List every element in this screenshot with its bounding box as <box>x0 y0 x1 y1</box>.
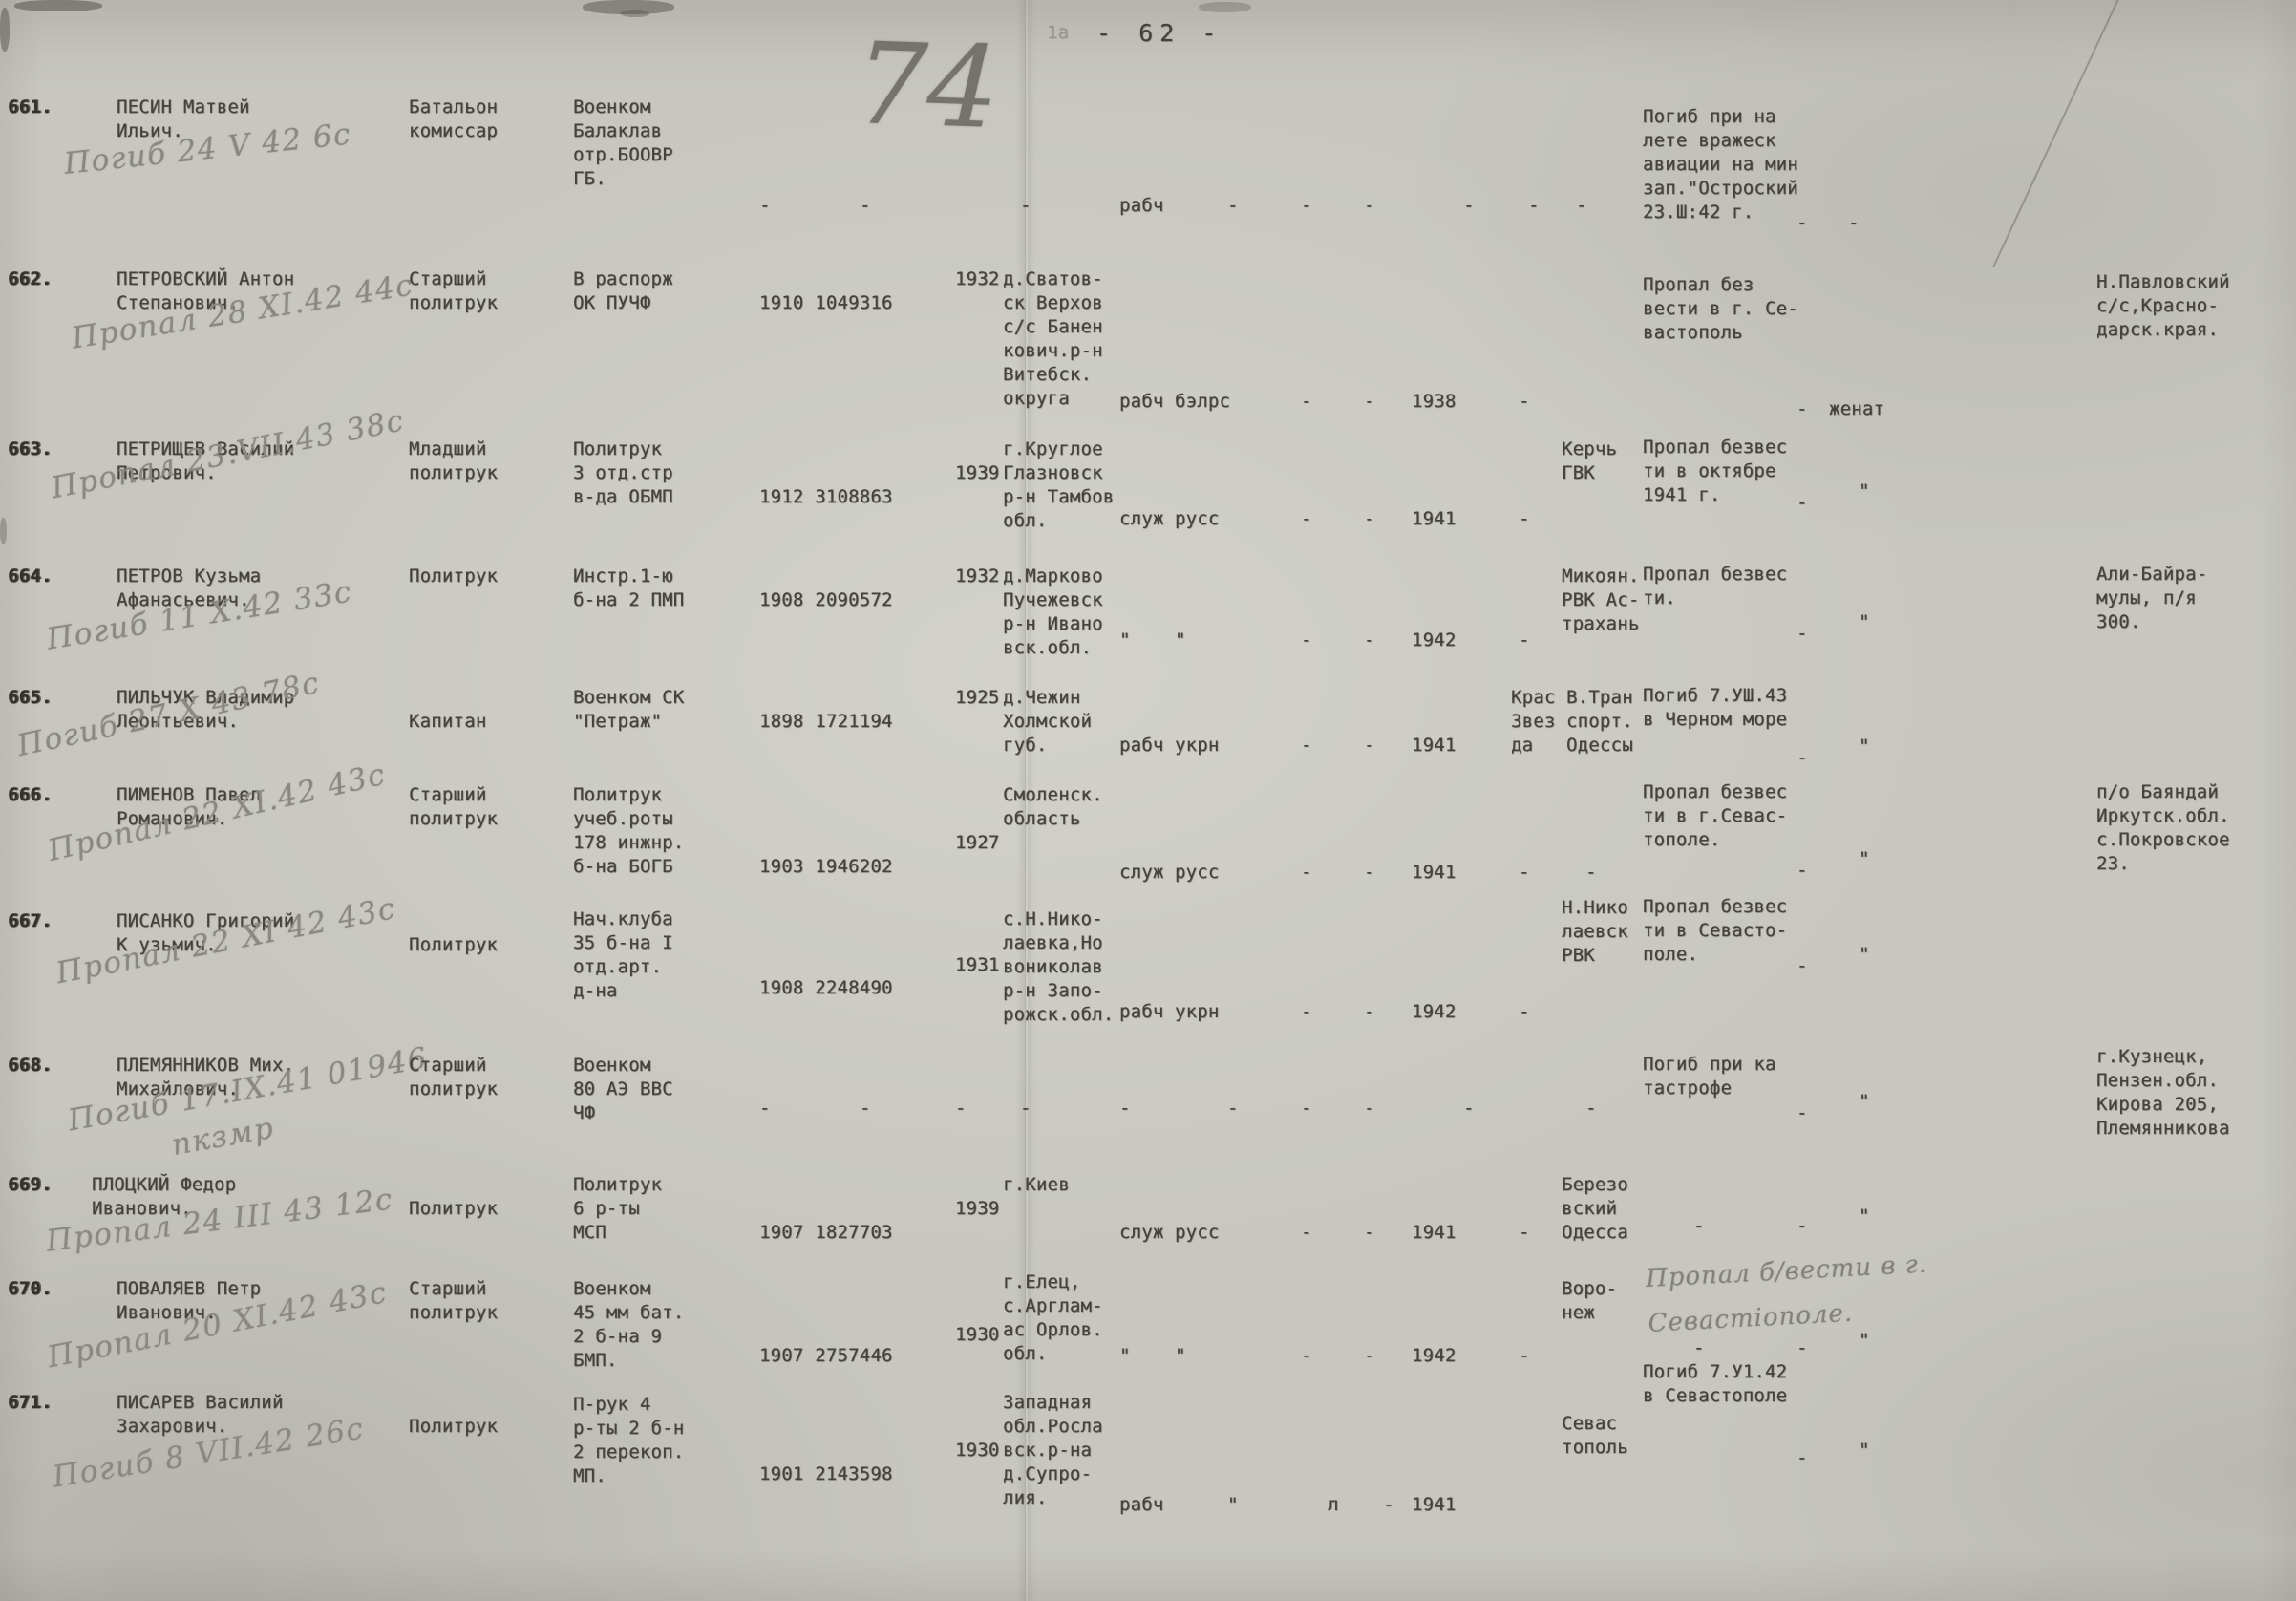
military-office-cell: Н.Нико лаевск РВК <box>1562 896 1628 968</box>
service-line-cell: - <box>1119 1097 1131 1121</box>
birthplace-cell: Смоленск. область <box>1003 783 1103 831</box>
birth-id-cell: 1907 1827703 <box>759 1221 893 1245</box>
service-line-cell: - <box>1364 734 1375 758</box>
fate-cell: Пропал безвес ти. <box>1643 563 1787 610</box>
tail-mark: - <box>1796 954 1808 978</box>
military-office-cell: В.Тран спорт. Одессы <box>1566 686 1633 758</box>
position-cell: Военком СК "Петраж" <box>573 686 684 734</box>
tail-mark: - <box>1796 622 1808 646</box>
service-line-cell: - <box>1463 1097 1475 1121</box>
birth-id-cell: 1901 2143598 <box>759 1462 893 1486</box>
service-line-cell: служ <box>1119 507 1164 531</box>
service-line-cell: - <box>1301 507 1312 531</box>
page-number-pencil: 74 <box>854 27 1001 144</box>
service-line-cell: - <box>1528 194 1540 218</box>
service-line-cell: 1941 <box>1412 1493 1456 1517</box>
position-cell: Инстр.1-ю б-на 2 ПМП <box>573 565 684 612</box>
service-line-cell: " <box>1227 1493 1239 1517</box>
service-line-cell: рабч <box>1119 390 1164 414</box>
fate-cell: Погиб 7.УШ.43 в Черном море <box>1643 684 1787 732</box>
rank-cell: Батальон комиссар <box>409 96 498 143</box>
service-line-cell: бэлрс <box>1175 390 1230 414</box>
row-number: 664. <box>8 565 53 588</box>
enlist-year-cell: 1939 <box>955 1197 1000 1221</box>
service-line-cell: - <box>1301 1344 1312 1368</box>
birthplace-cell: г.Круглое Глазновск р-н Тамбов обл. <box>1003 438 1114 533</box>
service-line-cell: - <box>1519 1221 1530 1245</box>
service-line-cell: - <box>1364 861 1375 885</box>
scan-smudge <box>0 8 10 52</box>
service-line-cell: - <box>1519 1000 1530 1024</box>
rank-cell: Старший политрук <box>409 1054 498 1101</box>
address-cell: г.Кузнецк, Пензен.обл. Кирова 205, Племя… <box>2096 1045 2230 1141</box>
service-line-cell: рабч <box>1119 1000 1164 1024</box>
service-line-cell: служ <box>1119 861 1164 885</box>
fate-cell: Пропал безвес ти в октябре 1941 г. <box>1643 436 1787 507</box>
rank-cell: Политрук <box>409 1197 498 1221</box>
tail-mark: - <box>1796 859 1808 883</box>
tail-mark: - <box>1796 397 1808 421</box>
tail-mark: " <box>1859 480 1870 503</box>
rank-cell: Младший политрук <box>409 438 498 485</box>
tail-mark: - <box>1693 1336 1705 1360</box>
birthplace-cell: д.Марково Пучежевск р-н Ивано вск.обл. <box>1003 565 1103 660</box>
birthplace-cell: с.Н.Нико- лаевка,Но вониколав р-н Запо- … <box>1003 907 1114 1027</box>
birth-id-cell: 1908 2248490 <box>759 976 893 1000</box>
birthplace-cell: г.Елец, с.Арглам- ас Орлов. обл. <box>1003 1270 1103 1366</box>
birthplace-cell: Западная обл.Росла вск.р-на д.Супро- лия… <box>1003 1391 1103 1510</box>
handwritten-note: Пропал 22 XI 42 43с <box>53 887 399 994</box>
paper-crease <box>1992 0 2129 267</box>
page-number-faint-mark: 1а <box>1047 21 1069 45</box>
military-office-cell: Севас тополь <box>1562 1412 1628 1460</box>
service-line-cell: - <box>1364 194 1375 218</box>
birth-id-cell: 1908 2090572 <box>759 588 893 612</box>
handwritten-note: Пропал 23.VII.43 38с <box>48 399 408 509</box>
tail-mark: - <box>1796 491 1808 515</box>
fate-cell: Погиб при на лете вражеск авиации на мин… <box>1643 105 1798 224</box>
tail-mark: " <box>1859 1439 1870 1462</box>
service-line-cell: - <box>1519 1344 1530 1368</box>
tail-mark: " <box>1859 1090 1870 1114</box>
tail-mark: - <box>1796 211 1808 235</box>
fate-typed-cell: Погиб 7.У1.42 в Севастополе <box>1643 1360 1787 1408</box>
rank-cell: Старший политрук <box>409 267 498 315</box>
position-cell: В распорж ОК ПУЧФ <box>573 267 673 315</box>
service-line-cell: - <box>1364 1097 1375 1121</box>
service-line-cell: - <box>1020 1097 1031 1121</box>
service-line-cell: 1942 <box>1412 629 1456 652</box>
service-line-cell: рабч <box>1119 194 1164 218</box>
service-line-cell: 1941 <box>1412 734 1456 758</box>
service-line-cell: укрн <box>1175 734 1220 758</box>
rank-cell: Политрук <box>409 565 498 588</box>
position-cell: Политрук учеб.роты 178 инжнр. б-на БОГБ <box>573 783 684 879</box>
birth-id-cell: 1912 3108863 <box>759 485 893 509</box>
service-line-cell: - <box>1364 390 1375 414</box>
service-line-cell: рабч <box>1119 734 1164 758</box>
service-line-cell: русс <box>1175 861 1220 885</box>
service-line-cell: - <box>1301 629 1312 652</box>
row-number: 668. <box>8 1054 53 1078</box>
service-line-cell: " <box>1175 629 1186 652</box>
service-line-cell: укрн <box>1175 1000 1220 1024</box>
service-line-cell: - <box>1519 507 1530 531</box>
tail-mark: - <box>1848 211 1860 235</box>
service-line-cell: - <box>1227 1097 1239 1121</box>
document-scan: 74 - 62 - 1а 661.ПЕСИН Матвей Ильич.Поги… <box>0 0 2296 1601</box>
enlist-year-cell: 1927 <box>955 831 1000 855</box>
service-line-cell: " <box>1119 1344 1131 1368</box>
row-number: 667. <box>8 909 53 933</box>
birthplace-cell: д.Чежин Холмской губ. <box>1003 686 1092 758</box>
fate-cell: Пропал без вести в г. Се- вастополь <box>1643 273 1798 345</box>
tail-mark: - <box>1796 746 1808 770</box>
birth-id-cell: 1903 1946202 <box>759 855 893 879</box>
tail-mark: - <box>1796 1101 1808 1125</box>
military-office-cell: Керчь ГВК <box>1562 438 1617 485</box>
address-cell: Н.Павловский с/с,Красно- дарск.края. <box>2096 270 2230 342</box>
service-line-cell: - <box>1383 1493 1394 1517</box>
scan-smudge <box>621 10 649 17</box>
award-cell: Крас Звез да <box>1511 686 1556 758</box>
service-line-cell: " <box>1175 1344 1186 1368</box>
service-line-cell: русс <box>1175 507 1220 531</box>
position-cell: Военком 80 АЭ ВВС ЧФ <box>573 1054 673 1125</box>
enlist-year-cell: 1925 <box>955 686 1000 710</box>
rank-cell: Политрук <box>409 1415 498 1439</box>
service-line-cell: - <box>1020 194 1031 218</box>
rank-cell: Политрук <box>409 933 498 957</box>
service-line-cell: 1941 <box>1412 861 1456 885</box>
position-cell: Военком 45 мм бат. 2 б-на 9 БМП. <box>573 1277 684 1373</box>
position-cell: Нач.клуба 35 б-на I отд.арт. д-на <box>573 907 673 1003</box>
service-line-cell: - <box>1576 194 1587 218</box>
address-cell: Али-Байра- мулы, п/я 300. <box>2096 563 2207 634</box>
tail-mark: " <box>1859 1205 1870 1228</box>
position-cell: Политрук 3 отд.стр в-да ОБМП <box>573 438 673 509</box>
military-office-cell: Микоян. РВК Ас- трахань <box>1562 565 1639 636</box>
service-line-cell: - <box>759 1097 771 1121</box>
service-line-cell: русс <box>1175 1221 1220 1245</box>
service-line-cell: 1941 <box>1412 1221 1456 1245</box>
military-office-cell: Березо вский Одесса <box>1562 1173 1628 1245</box>
fate-cell: Погиб при ка тастрофе <box>1643 1053 1776 1100</box>
row-number: 661. <box>8 96 53 119</box>
enlist-year-cell: 1932 <box>955 267 1000 291</box>
service-line-cell: - <box>1301 1221 1312 1245</box>
row-number: 666. <box>8 783 53 807</box>
service-line-cell: - <box>1364 1221 1375 1245</box>
row-number: 663. <box>8 438 53 461</box>
service-line-cell: - <box>1519 629 1530 652</box>
address-cell: п/о Баяндай Иркутск.обл. с.Покровское 23… <box>2096 780 2230 876</box>
birth-id-cell: 1910 1049316 <box>759 291 893 315</box>
service-line-cell: - <box>1301 194 1312 218</box>
service-line-cell: - <box>1519 390 1530 414</box>
rank-cell: Капитан <box>409 710 486 734</box>
tail-mark: " <box>1859 847 1870 871</box>
service-line-cell: 1942 <box>1412 1344 1456 1368</box>
service-line-cell: " <box>1119 629 1131 652</box>
service-line-cell: - <box>1301 1097 1312 1121</box>
rank-cell: Старший политрук <box>409 1277 498 1325</box>
enlist-year-cell: 1939 <box>955 461 1000 485</box>
tail-mark: - <box>1796 1336 1808 1360</box>
service-line-cell: - <box>1585 861 1597 885</box>
service-line-cell: служ <box>1119 1221 1164 1245</box>
birth-id-cell: 1907 2757446 <box>759 1344 893 1368</box>
row-number: 670. <box>8 1277 53 1301</box>
tail-mark: " <box>1859 610 1870 634</box>
service-line-cell: - <box>860 194 871 218</box>
position-cell: П-рук 4 р-ты 2 б-н 2 перекоп. МП. <box>573 1393 684 1488</box>
enlist-year-cell: 1932 <box>955 565 1000 588</box>
page-number-typed: - 62 - <box>1096 21 1222 45</box>
scan-smudge <box>14 0 102 11</box>
row-number: 662. <box>8 267 53 291</box>
handwritten-fate-note: Пропал б/вести в г. Севастiополе. <box>1645 1243 1931 1347</box>
fate-cell: Пропал безвес ти в г.Севас- тополе. <box>1643 780 1787 852</box>
service-line-cell: 1942 <box>1412 1000 1456 1024</box>
service-line-cell: - <box>1227 194 1239 218</box>
row-number: 671. <box>8 1391 53 1415</box>
service-line-cell: - <box>1364 1000 1375 1024</box>
service-line-cell: рабч <box>1119 1493 1164 1517</box>
service-line-cell: - <box>1301 390 1312 414</box>
birthplace-cell: д.Сватов- ск Верхов с/с Банен кович.р-н … <box>1003 267 1103 411</box>
service-line-cell: - <box>1519 861 1530 885</box>
handwritten-note: Пропал 22 XI.42 43с <box>44 754 390 872</box>
service-line-cell: - <box>1364 629 1375 652</box>
service-line-cell: - <box>1364 1344 1375 1368</box>
service-line-cell: - <box>759 194 771 218</box>
service-line-cell: - <box>1585 1097 1597 1121</box>
tail-mark: " <box>1859 943 1870 967</box>
service-line-cell: - <box>1301 861 1312 885</box>
tail-mark: - <box>1796 1446 1808 1470</box>
birth-id-cell: 1898 1721194 <box>759 710 893 734</box>
tail-mark: " <box>1859 1329 1870 1353</box>
service-line-cell: - <box>1463 194 1475 218</box>
position-cell: Военком Балаклав отр.БООВР ГБ. <box>573 96 673 191</box>
enlist-year-cell: 1930 <box>955 1439 1000 1462</box>
service-line-cell: - <box>1301 1000 1312 1024</box>
service-line-cell: л <box>1328 1493 1339 1517</box>
tail-mark: женат <box>1829 397 1884 421</box>
scan-smudge <box>0 518 7 544</box>
military-office-cell: Воро- неж <box>1562 1277 1617 1325</box>
enlist-year-cell: 1930 <box>955 1323 1000 1347</box>
enlist-year-cell: 1931 <box>955 953 1000 977</box>
row-number: 669. <box>8 1173 53 1197</box>
service-line-cell: - <box>860 1097 871 1121</box>
tail-mark: - <box>1693 1214 1705 1238</box>
fate-cell: Пропал безвес ти в Севасто- поле. <box>1643 895 1787 967</box>
service-line-cell: 1938 <box>1412 390 1456 414</box>
tail-mark: - <box>1796 1214 1808 1238</box>
tail-mark: " <box>1859 735 1870 758</box>
service-line-cell: - <box>1364 507 1375 531</box>
row-number: 665. <box>8 686 53 710</box>
service-line-cell: - <box>1301 734 1312 758</box>
service-line-cell: 1941 <box>1412 507 1456 531</box>
scan-smudge <box>1199 2 1251 12</box>
position-cell: Политрук 6 р-ты МСП <box>573 1173 662 1245</box>
rank-cell: Старший политрук <box>409 783 498 831</box>
birthplace-cell: г.Киев <box>1003 1173 1070 1197</box>
service-line-cell: - <box>955 1097 967 1121</box>
